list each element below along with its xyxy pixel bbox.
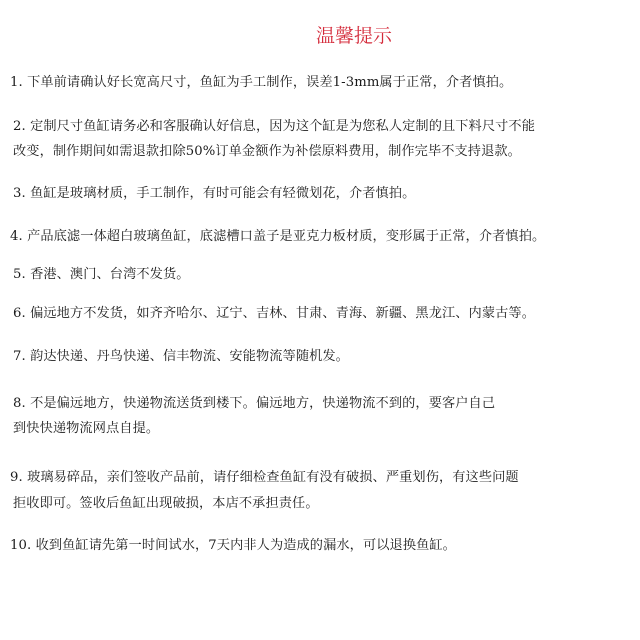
notice-10-line-1: 10. 收到鱼缸请先第一时间试水，7天内非人为造成的漏水，可以退换鱼缸。 [10,537,456,555]
notice-2-line-1: 2. 定制尺寸鱼缸请务必和客服确认好信息，因为这个缸是为您私人定制的且下料尺寸不… [13,118,535,136]
notice-8-line-1: 8. 不是偏远地方，快递物流送货到楼下。偏远地方，快递物流不到的，要客户自己 [13,395,495,413]
notice-2-line-2: 改变，制作期间如需退款扣除50%订单金额作为补偿原料费用，制作完毕不支持退款。 [13,143,521,161]
notice-3-line-1: 3. 鱼缸是玻璃材质，手工制作，有时可能会有轻微划花，介者慎拍。 [13,185,415,203]
notice-7-line-1: 7. 韵达快递、丹鸟快递、信丰物流、安能物流等随机发。 [13,348,349,366]
notice-1-line-1: 1. 下单前请确认好长宽高尺寸，鱼缸为手工制作，误差1-3mm属于正常，介者慎拍… [10,74,512,92]
notice-9-line-1: 9. 玻璃易碎品，亲们签收产品前，请仔细检查鱼缸有没有破损、严重划伤，有这些问题 [10,469,519,487]
notice-6-line-1: 6. 偏远地方不发货，如齐齐哈尔、辽宁、吉林、甘肃、青海、新疆、黑龙江、内蒙古等… [13,305,535,323]
notice-title: 温馨提示 [34,21,640,48]
notice-4-line-1: 4. 产品底滤一体超白玻璃鱼缸，底滤槽口盖子是亚克力板材质，变形属于正常，介者慎… [10,228,545,246]
notice-8-line-2: 到快快递物流网点自提。 [13,420,159,438]
notice-9-line-2: 拒收即可。签收后鱼缸出现破损，本店不承担责任。 [13,495,319,513]
notice-5-line-1: 5. 香港、澳门、台湾不发货。 [13,266,190,284]
